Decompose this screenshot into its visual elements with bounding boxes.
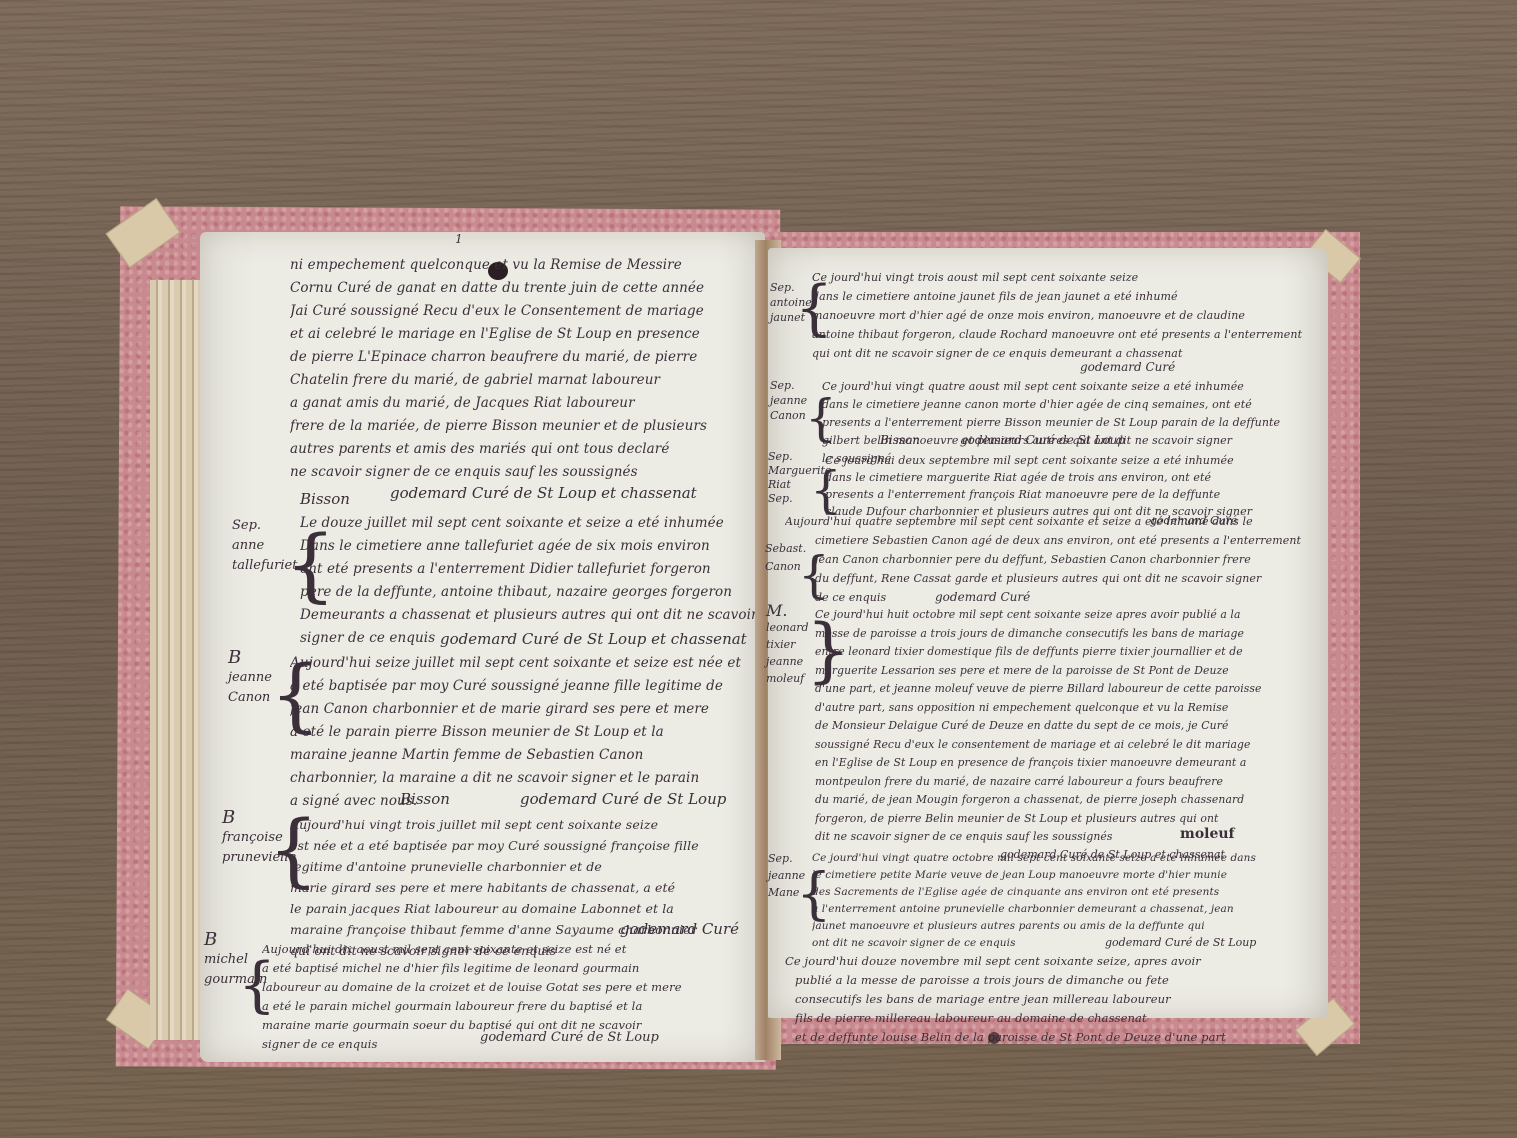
entry-line: dit ne scavoir signer de ce enquis sauf …	[815, 828, 1315, 847]
entry-line: a l'enterrement antoine prunevielle char…	[812, 901, 1312, 918]
margin-word: jeanne	[228, 668, 272, 688]
page-edges	[150, 280, 205, 1040]
margin-note: M. leonard tixier jeanne moleuf	[766, 602, 809, 687]
entry-line: de ce enquis	[785, 588, 1315, 607]
entry-line: Ce jourd'hui deux septembre mil sept cen…	[825, 452, 1315, 469]
entry-line: d'autre part, sans opposition ni empeche…	[815, 699, 1315, 718]
entry-line: antoine thibaut forgeron, claude Rochard…	[812, 325, 1312, 344]
entry-line: soussigné Recu d'eux le consentement de …	[815, 736, 1315, 755]
entry-line: Aujourd'hui dix aoust mil sept cent soix…	[262, 940, 742, 959]
margin-note: Sep. jeanne Canon	[770, 378, 807, 423]
entry-line: montpeulon frere du marié, de nazaire ca…	[815, 773, 1315, 792]
entry-line: Cornu Curé de ganat en datte du trente j…	[290, 277, 750, 300]
entry-line: des Sacrements de l'Eglise agée de cinqu…	[812, 884, 1312, 901]
entry-line: le cimetiere petite Marie veuve de jean …	[812, 867, 1312, 884]
entry-line: du deffunt, Rene Cassat garde et plusieu…	[785, 569, 1315, 588]
entry-line: qui ont dit ne scavoir signer de ce enqu…	[812, 344, 1312, 363]
entry-line: consecutifs les bans de mariage entre je…	[785, 990, 1310, 1009]
entry-line: cimetiere Sebastien Canon agé de deux an…	[785, 531, 1315, 550]
margin-word: jeanne	[770, 393, 807, 408]
margin-word: leonard	[766, 619, 809, 636]
margin-note: B jeanne Canon	[228, 648, 272, 708]
entry-line: Jai Curé soussigné Recu d'eux le Consent…	[290, 300, 750, 323]
right-entry-4: Aujourd'hui quatre septembre mil sept ce…	[785, 512, 1315, 607]
entry-line: pere de la deffunte, antoine thibaut, na…	[300, 581, 755, 604]
entry-line: laboureur au domaine de la croizet et de…	[262, 978, 742, 997]
entry-line: Aujourd'hui quatre septembre mil sept ce…	[785, 512, 1315, 531]
entry-line: ne scavoir signer de ce enquis sauf les …	[290, 461, 750, 484]
entry-line: jean Canon charbonnier et de marie girar…	[290, 698, 750, 721]
entry-line: a ganat amis du marié, de Jacques Riat l…	[290, 392, 750, 415]
entry-line: dans le cimetiere marguerite Riat agée d…	[825, 469, 1315, 486]
entry-line: manoeuvre mort d'hier agé de onze mois e…	[812, 306, 1312, 325]
entry-line: de pierre L'Epinace charron beaufrere du…	[290, 346, 750, 369]
entry-line: et de deffunte louise Belin de la parois…	[785, 1028, 1310, 1047]
folio-mark: 1	[455, 232, 463, 246]
margin-word: Canon	[228, 688, 272, 708]
entry-line: Ce jourd'hui huit octobre mil sept cent …	[815, 606, 1315, 625]
entry-line: Ce jourd'hui vingt quatre aoust mil sept…	[822, 378, 1312, 396]
signature: godemard Curé de St Loup	[520, 790, 726, 808]
entry-line: maraine jeanne Martin femme de Sebastien…	[290, 744, 750, 767]
entry-line: et ai celebré le mariage en l'Eglise de …	[290, 323, 750, 346]
signature: Bisson	[300, 490, 350, 508]
entry-line: ni empechement quelconque et vu la Remis…	[290, 254, 750, 277]
entry-line: legitime d'antoine prunevielle charbonni…	[290, 856, 750, 877]
margin-word: Canon	[770, 408, 807, 423]
margin-word: M.	[766, 602, 809, 619]
entry-line: entre leonard tixier domestique fils de …	[815, 643, 1315, 662]
entry-line: marie girard ses pere et mere habitants …	[290, 877, 750, 898]
entry-line: en l'Eglise de St Loup en presence de fr…	[815, 754, 1315, 773]
entry-line: Aujourd'hui vingt trois juillet mil sept…	[290, 814, 750, 835]
entry-line: Aujourd'hui seize juillet mil sept cent …	[290, 652, 750, 675]
entry-line: Demeurants a chassenat et plusieurs autr…	[300, 604, 755, 627]
margin-word: jeanne	[766, 653, 809, 670]
entry-line: Chatelin frere du marié, de gabriel marn…	[290, 369, 750, 392]
signature: godemard Curé de St Loup	[480, 1030, 659, 1045]
entry-line: Ce jourd'hui vingt trois aoust mil sept …	[812, 268, 1312, 287]
entry-line: marguerite Lessarion ses pere et mere de…	[815, 662, 1315, 681]
right-entry-5: Ce jourd'hui huit octobre mil sept cent …	[815, 606, 1315, 847]
entry-line: de Monsieur Delaigue Curé de Deuze en da…	[815, 717, 1315, 736]
right-entry-1: Ce jourd'hui vingt trois aoust mil sept …	[812, 268, 1312, 363]
entry-line: Le douze juillet mil sept cent soixante …	[300, 512, 755, 535]
entry-line: a eté le parain michel gourmain laboureu…	[262, 997, 742, 1016]
entry-line: a eté le parain pierre Bisson meunier de…	[290, 721, 750, 744]
margin-word: moleuf	[766, 670, 809, 687]
signature: godemard Curé de St Loup et chassenat	[390, 484, 697, 502]
entry-line: charbonnier, la maraine a dit ne scavoir…	[290, 767, 750, 790]
entry-line: a eté baptisée par moy Curé soussigné je…	[290, 675, 750, 698]
signature: godemard Curé de St Loup et chassenat	[440, 630, 747, 648]
entry-line: dans le cimetiere antoine jaunet fils de…	[812, 287, 1312, 306]
entry-line: fils de pierre millereau laboureur au do…	[785, 1009, 1310, 1028]
entry-line: d'une part, et jeanne moleuf veuve de pi…	[815, 680, 1315, 699]
entry-line: jaunet manoeuvre et plusieurs autres par…	[812, 918, 1312, 935]
entry-line: Ce jourd'hui vingt quatre octobre mil se…	[812, 850, 1312, 867]
entry-line: messe de paroisse a trois jours de diman…	[815, 625, 1315, 644]
entry-line: presents a l'enterrement françois Riat m…	[825, 486, 1315, 503]
signature: Bisson	[400, 790, 450, 808]
entry-line: dans le cimetiere jeanne canon morte d'h…	[822, 396, 1312, 414]
entry-line: le parain jacques Riat laboureur au doma…	[290, 898, 750, 919]
entry-line: frere de la mariée, de pierre Bisson meu…	[290, 415, 750, 438]
signature: moleuf	[1180, 826, 1235, 842]
ink-blot	[988, 1032, 1000, 1044]
signature: godemard Curé	[1080, 360, 1175, 374]
signature: godemard Curé	[935, 590, 1030, 604]
signature: godemard Curé	[620, 920, 739, 938]
left-entry-3: Aujourd'hui seize juillet mil sept cent …	[290, 652, 750, 813]
margin-word: B	[228, 648, 272, 668]
entry-line: autres parents et amis des mariés qui on…	[290, 438, 750, 461]
entry-line: est née et a eté baptisée par moy Curé s…	[290, 835, 750, 856]
entry-line: forgeron, de pierre Belin meunier de St …	[815, 810, 1315, 829]
signature: Bisson	[880, 433, 920, 447]
entry-line: a eté baptisé michel ne d'hier fils legi…	[262, 959, 742, 978]
entry-line: du marié, de jean Mougin forgeron a chas…	[815, 791, 1315, 810]
margin-word: tixier	[766, 636, 809, 653]
margin-word: Sep.	[770, 378, 807, 393]
left-entry-1: ni empechement quelconque et vu la Remis…	[290, 254, 750, 484]
entry-line: Ce jourd'hui douze novembre mil sept cen…	[785, 952, 1310, 971]
entry-line: jean Canon charbonnier pere du deffunt, …	[785, 550, 1315, 569]
signature: godemard Curé de St Loup	[1105, 936, 1256, 949]
signature: godemard Curé de St Loup	[960, 433, 1125, 447]
entry-line: presents a l'enterrement pierre Bisson m…	[822, 414, 1312, 432]
entry-line: Dans le cimetiere anne tallefuriet agée …	[300, 535, 755, 558]
right-entry-7: Ce jourd'hui douze novembre mil sept cen…	[785, 952, 1310, 1047]
entry-line: ont eté presents a l'enterrement Didier …	[300, 558, 755, 581]
right-entry-3: Ce jourd'hui deux septembre mil sept cen…	[825, 452, 1315, 520]
entry-line: publié a la messe de paroisse a trois jo…	[785, 971, 1310, 990]
left-entry-4: Aujourd'hui vingt trois juillet mil sept…	[290, 814, 750, 961]
